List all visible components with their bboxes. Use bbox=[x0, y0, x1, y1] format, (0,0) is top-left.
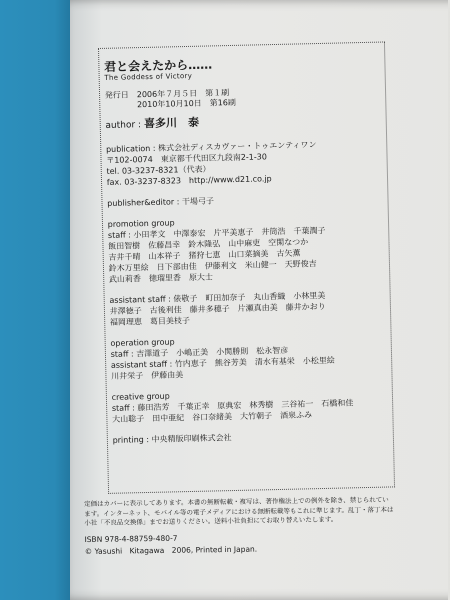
operation-group: operation group staff : 吉澤道子 小嶋正美 小関勝則 松… bbox=[110, 331, 401, 382]
issue-date-latest: 2010年10月10日 第16刷 bbox=[137, 98, 236, 110]
author-label: author : bbox=[105, 120, 141, 131]
author-line: author :喜多川 泰 bbox=[105, 109, 395, 132]
promotion-group: promotion group staff : 小田孝文 中澤泰宏 片平美恵子 … bbox=[108, 212, 399, 285]
issue-dates: 発行日 2006年７月５日 第１刷 2010年10月10日 第16刷 bbox=[105, 84, 395, 111]
issue-label: 発行日 bbox=[105, 90, 137, 111]
legal-footer: 定価はカバーに表示してあります。本書の無断転載・複写は、著作権法上での例外を除き… bbox=[84, 495, 425, 556]
colophon: 君と会えたから…… The Goddess of Victory 発行日 200… bbox=[104, 53, 403, 445]
publication-info: publication : 株式会社ディスカヴァー・トゥエンティワン 〒102-… bbox=[106, 137, 397, 188]
book-cover-edge bbox=[0, 0, 78, 600]
author-name: 喜多川 泰 bbox=[144, 116, 199, 130]
